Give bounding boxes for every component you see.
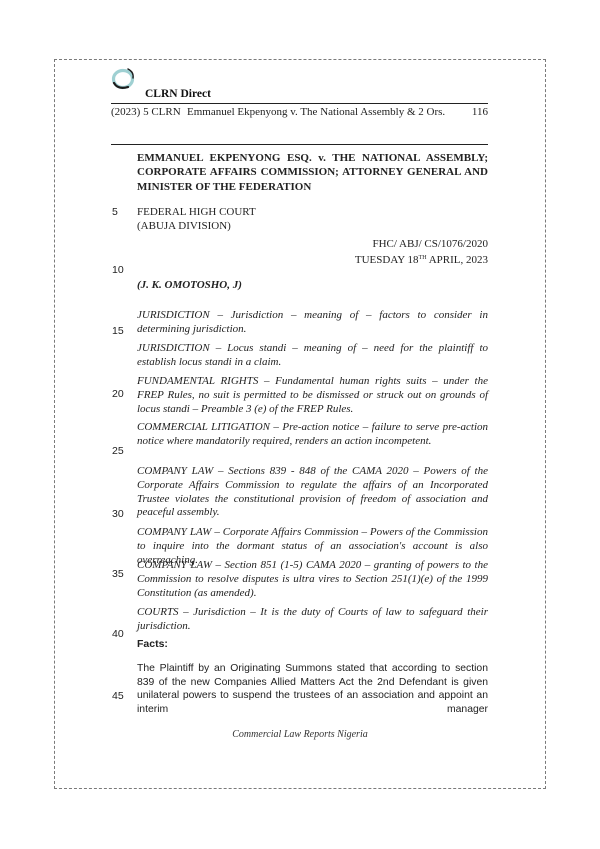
- facts-body: The Plaintiff by an Originating Summons …: [137, 662, 488, 717]
- holding-subject: COMPANY LAW: [137, 559, 212, 571]
- clrn-logo-icon: [110, 66, 136, 92]
- court-block: FEDERAL HIGH COURT (ABUJA DIVISION): [137, 206, 488, 233]
- holding-item: FUNDAMENTAL RIGHTS – Fundamental human r…: [137, 375, 488, 416]
- line-number: 35: [112, 568, 128, 580]
- case-title: EMMANUEL EKPENYONG ESQ. v. THE NATIONAL …: [137, 151, 488, 194]
- holding-item: JURISDICTION – Locus standi – meaning of…: [137, 342, 488, 370]
- holding-item: JURISDICTION – Jurisdiction – meaning of…: [137, 309, 488, 337]
- line-number: 15: [112, 325, 128, 337]
- line-number: 25: [112, 445, 128, 457]
- header-rule: [111, 103, 488, 104]
- holding-subject: FUNDAMENTAL RIGHTS: [137, 375, 258, 387]
- line-number: 20: [112, 388, 128, 400]
- line-number: 40: [112, 628, 128, 640]
- line-number: 45: [112, 690, 128, 702]
- brand-name: CLRN Direct: [145, 88, 211, 100]
- court-division: (ABUJA DIVISION): [137, 220, 488, 234]
- publication-footer: Commercial Law Reports Nigeria: [54, 729, 546, 740]
- judge-name: (J. K. OMOTOSHO, J): [137, 279, 488, 291]
- holding-subject: COMMERCIAL LITIGATION: [137, 421, 270, 433]
- court-name: FEDERAL HIGH COURT: [137, 206, 488, 220]
- holding-subject: COMPANY LAW: [137, 465, 213, 477]
- line-number: 5: [112, 206, 128, 218]
- holding-subject: COMPANY LAW: [137, 526, 211, 538]
- report-citation: (2023) 5 CLRN: [111, 106, 181, 118]
- line-number: 30: [112, 508, 128, 520]
- case-short-title: Emmanuel Ekpenyong v. The National Assem…: [187, 106, 445, 118]
- suit-meta: FHC/ ABJ/ CS/1076/2020 TUESDAY 18TH APRI…: [137, 238, 488, 267]
- holding-text: – Jurisdiction – It is the duty of Court…: [137, 606, 488, 632]
- judgment-date: TUESDAY 18TH APRIL, 2023: [137, 252, 488, 268]
- facts-heading: Facts:: [137, 638, 488, 650]
- holding-item: COURTS – Jurisdiction – It is the duty o…: [137, 606, 488, 634]
- holding-subject: COURTS: [137, 606, 179, 618]
- holding-item: COMMERCIAL LITIGATION – Pre-action notic…: [137, 421, 488, 449]
- line-number: 10: [112, 264, 128, 276]
- holding-subject: JURISDICTION: [137, 309, 210, 321]
- page-number: 116: [472, 106, 488, 118]
- holding-item: COMPANY LAW – Sections 839 - 848 of the …: [137, 465, 488, 520]
- holding-subject: JURISDICTION: [137, 342, 210, 354]
- suit-number: FHC/ ABJ/ CS/1076/2020: [137, 238, 488, 252]
- holding-item: COMPANY LAW – Section 851 (1-5) CAMA 202…: [137, 559, 488, 600]
- header-bottom-rule: [111, 144, 488, 145]
